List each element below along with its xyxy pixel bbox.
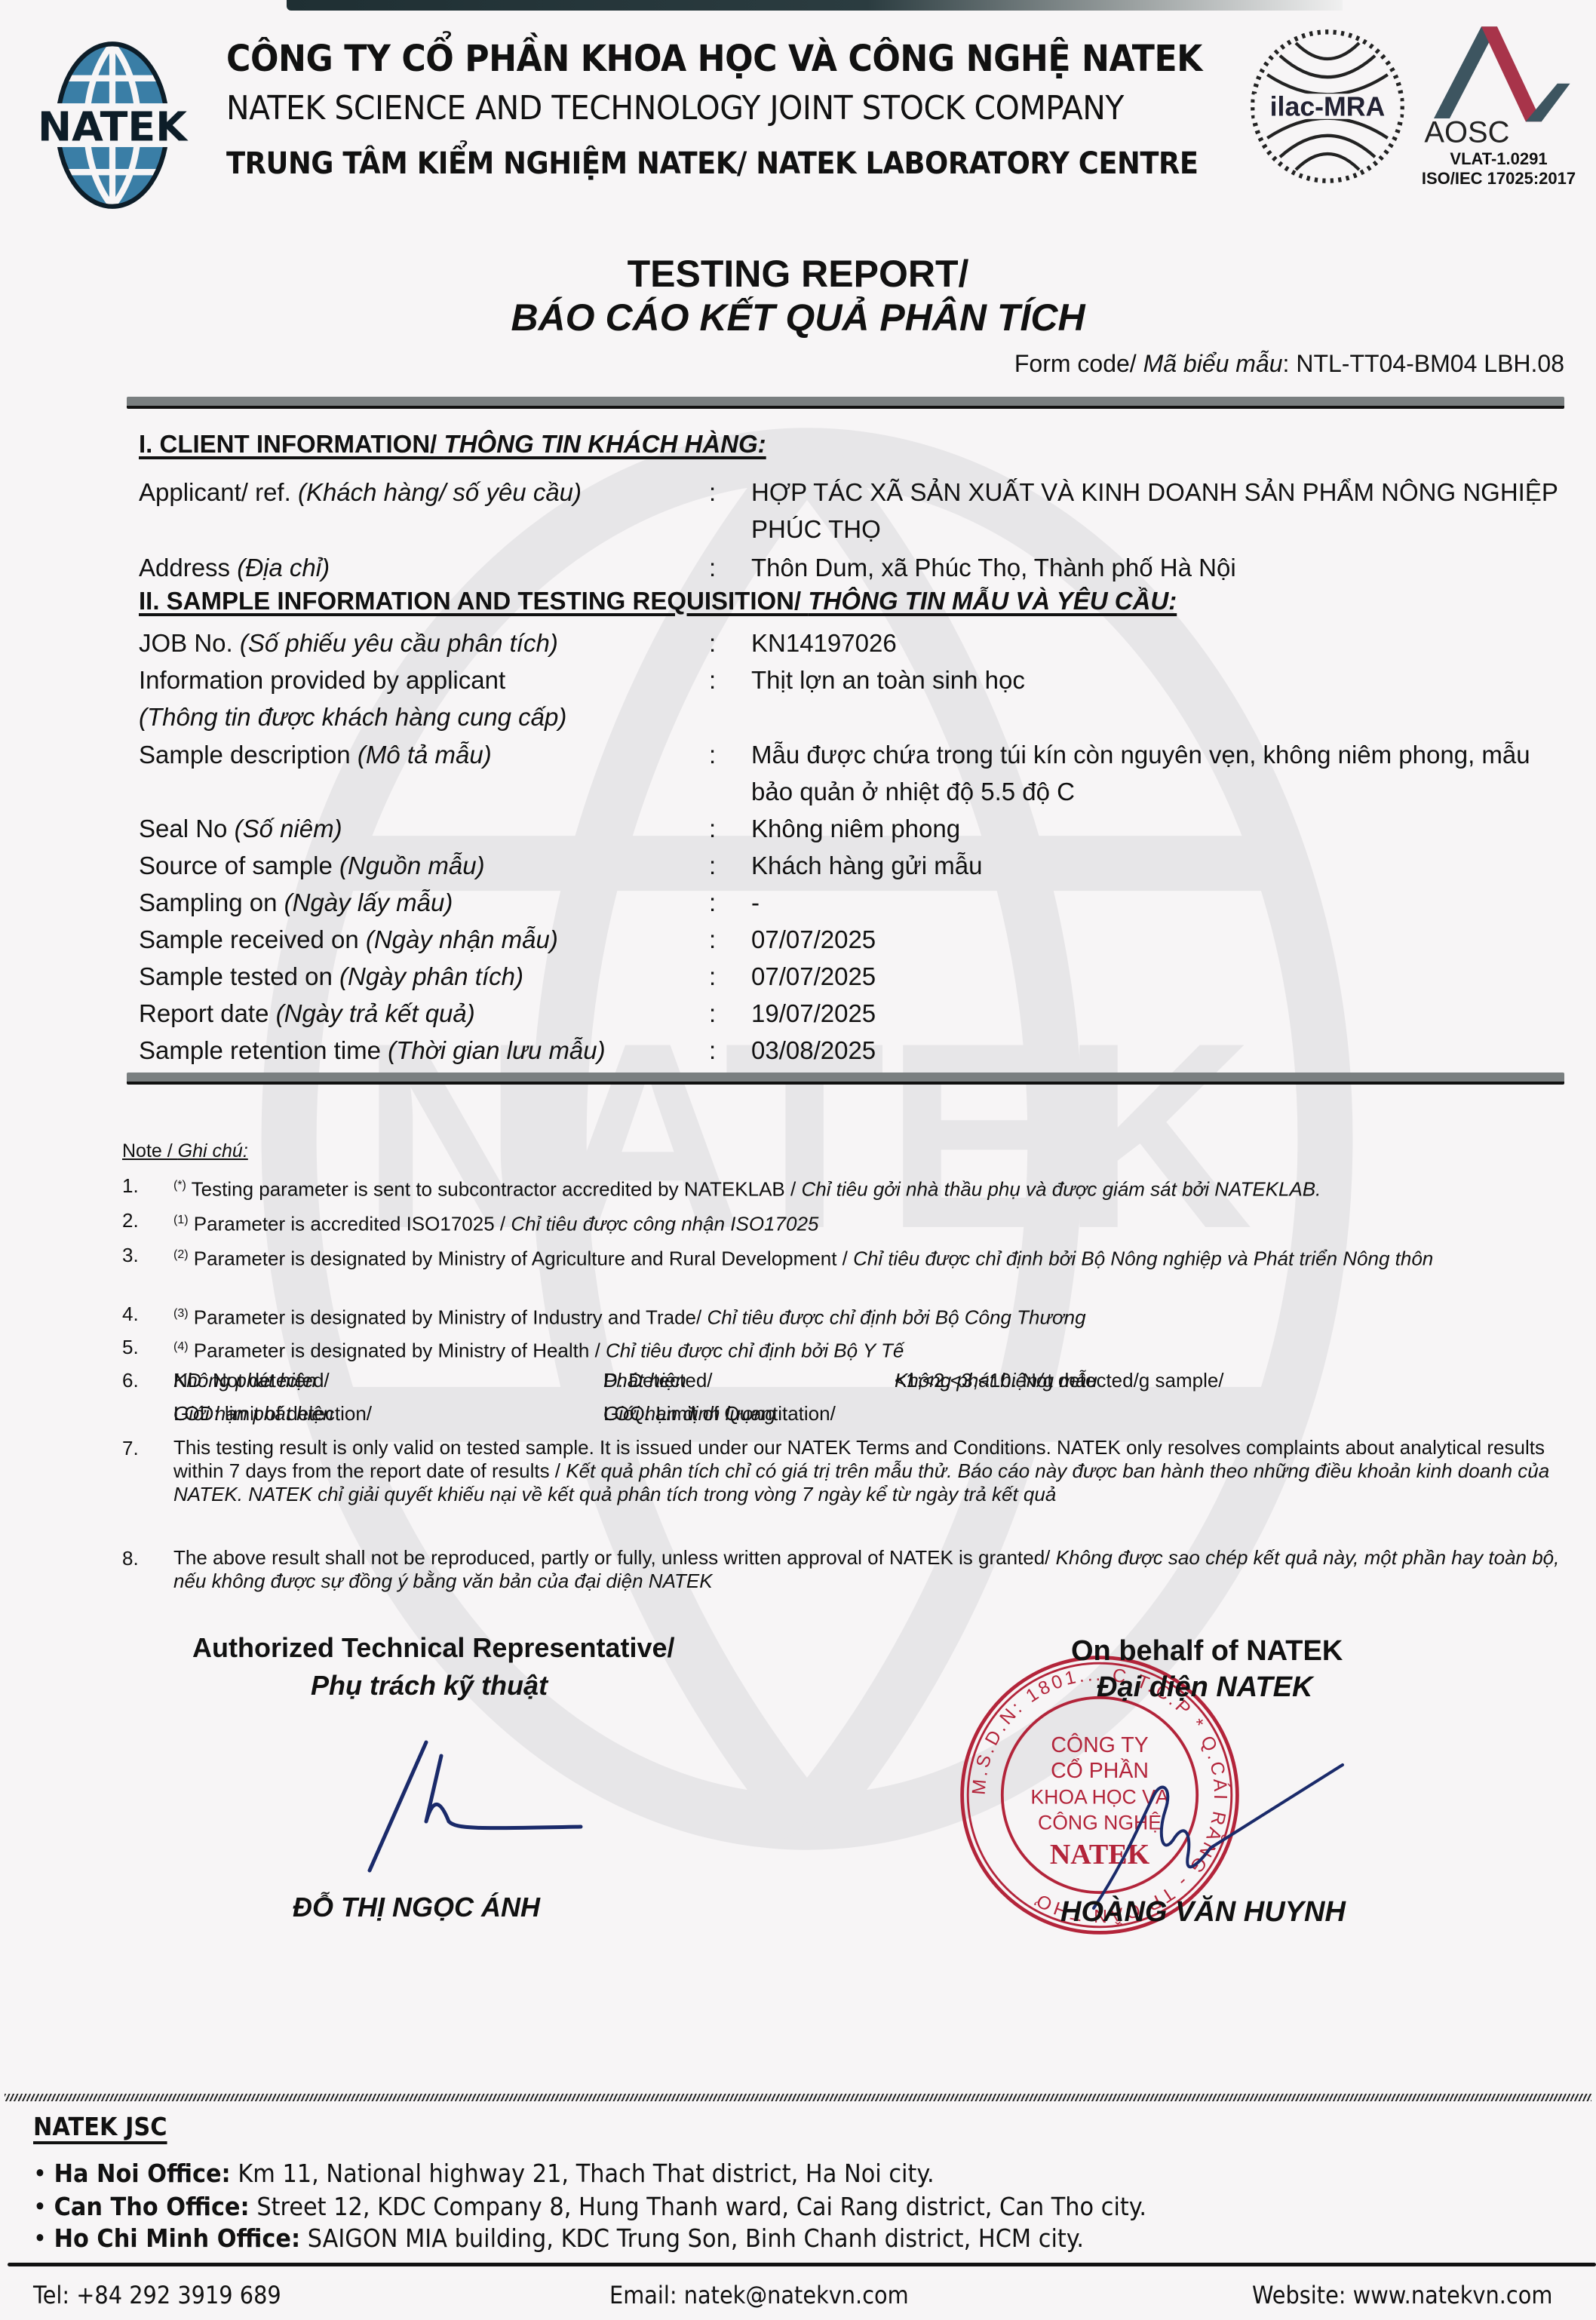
accreditation-standard: ISO/IEC 17025:2017 [1404,169,1593,189]
footer-email[interactable]: Email: natek@natekvn.com [609,2281,909,2309]
footer-office-hcm: • Ho Chi Minh Office: SAIGON MIA buildin… [33,2223,1084,2253]
aosc-logo-icon: AOSC [1418,23,1576,151]
report-title-en: TESTING REPORT/ [0,252,1596,296]
applicant-value: HỢP TÁC XÃ SẢN XUẤT VÀ KINH DOANH SẢN PH… [751,474,1566,548]
company-name-vi: CÔNG TY CỔ PHẦN KHOA HỌC VÀ CÔNG NGHỆ NA… [226,38,1202,80]
svg-text:ilac-MRA: ilac-MRA [1270,92,1386,122]
footer-office-hanoi: • Ha Noi Office: Km 11, National highway… [33,2159,935,2188]
signature-left-icon [354,1735,626,1878]
natek-logo-icon: NATEK [33,39,192,211]
divider [127,397,1564,409]
on-behalf-title: On behalf of NATEK [1071,1635,1343,1668]
address-value: Thôn Dum, xã Phúc Thọ, Thành phố Hà Nội [751,549,1566,586]
footer-tel: Tel: +84 292 3919 689 [33,2281,281,2309]
sample-info-heading: II. SAMPLE INFORMATION AND TESTING REQUI… [139,587,1177,615]
notes-heading: Note / Ghi chú: [122,1140,248,1162]
technical-rep-name: ĐỖ THỊ NGỌC ÁNH [293,1892,540,1923]
accreditation-code: VLAT-1.0291 [1404,149,1593,169]
report-title-vi: BÁO CÁO KẾT QUẢ PHÂN TÍCH [0,296,1596,339]
company-name-en: NATEK SCIENCE AND TECHNOLOGY JOINT STOCK… [226,89,1124,127]
technical-rep-title: Authorized Technical Representative/ [192,1632,675,1664]
form-code: Form code/ Mã biểu mẫu: NTL-TT04-BM04 LB… [1014,350,1564,378]
technical-rep-title-vi: Phụ trách kỹ thuật [311,1670,548,1702]
footer-hatch-divider [5,2094,1591,2101]
footer-divider [8,2263,1596,2266]
ilac-mra-logo-icon: ilac-MRA [1248,27,1407,186]
on-behalf-title-vi: Đại diện NATEK [1097,1671,1312,1704]
lab-centre-name: TRUNG TÂM KIỂM NGHIỆM NATEK/ NATEK LABOR… [226,146,1199,181]
divider [127,1073,1564,1085]
note-item-abbreviations: 6. ND: Not detected/ Không phát hiện D: … [122,1368,1555,1429]
client-info-heading: I. CLIENT INFORMATION/ THÔNG TIN KHÁCH H… [139,430,766,459]
footer-office-cantho: • Can Tho Office: Street 12, KDC Company… [33,2192,1146,2221]
svg-text:NATEK: NATEK [38,103,189,151]
svg-text:AOSC: AOSC [1424,116,1509,149]
scan-edge-shadow [287,0,1343,11]
footer-company: NATEK JSC [33,2112,167,2141]
on-behalf-name: HOÀNG VĂN HUYNH [1060,1896,1346,1929]
footer-website[interactable]: Website: www.natekvn.com [1252,2281,1552,2309]
